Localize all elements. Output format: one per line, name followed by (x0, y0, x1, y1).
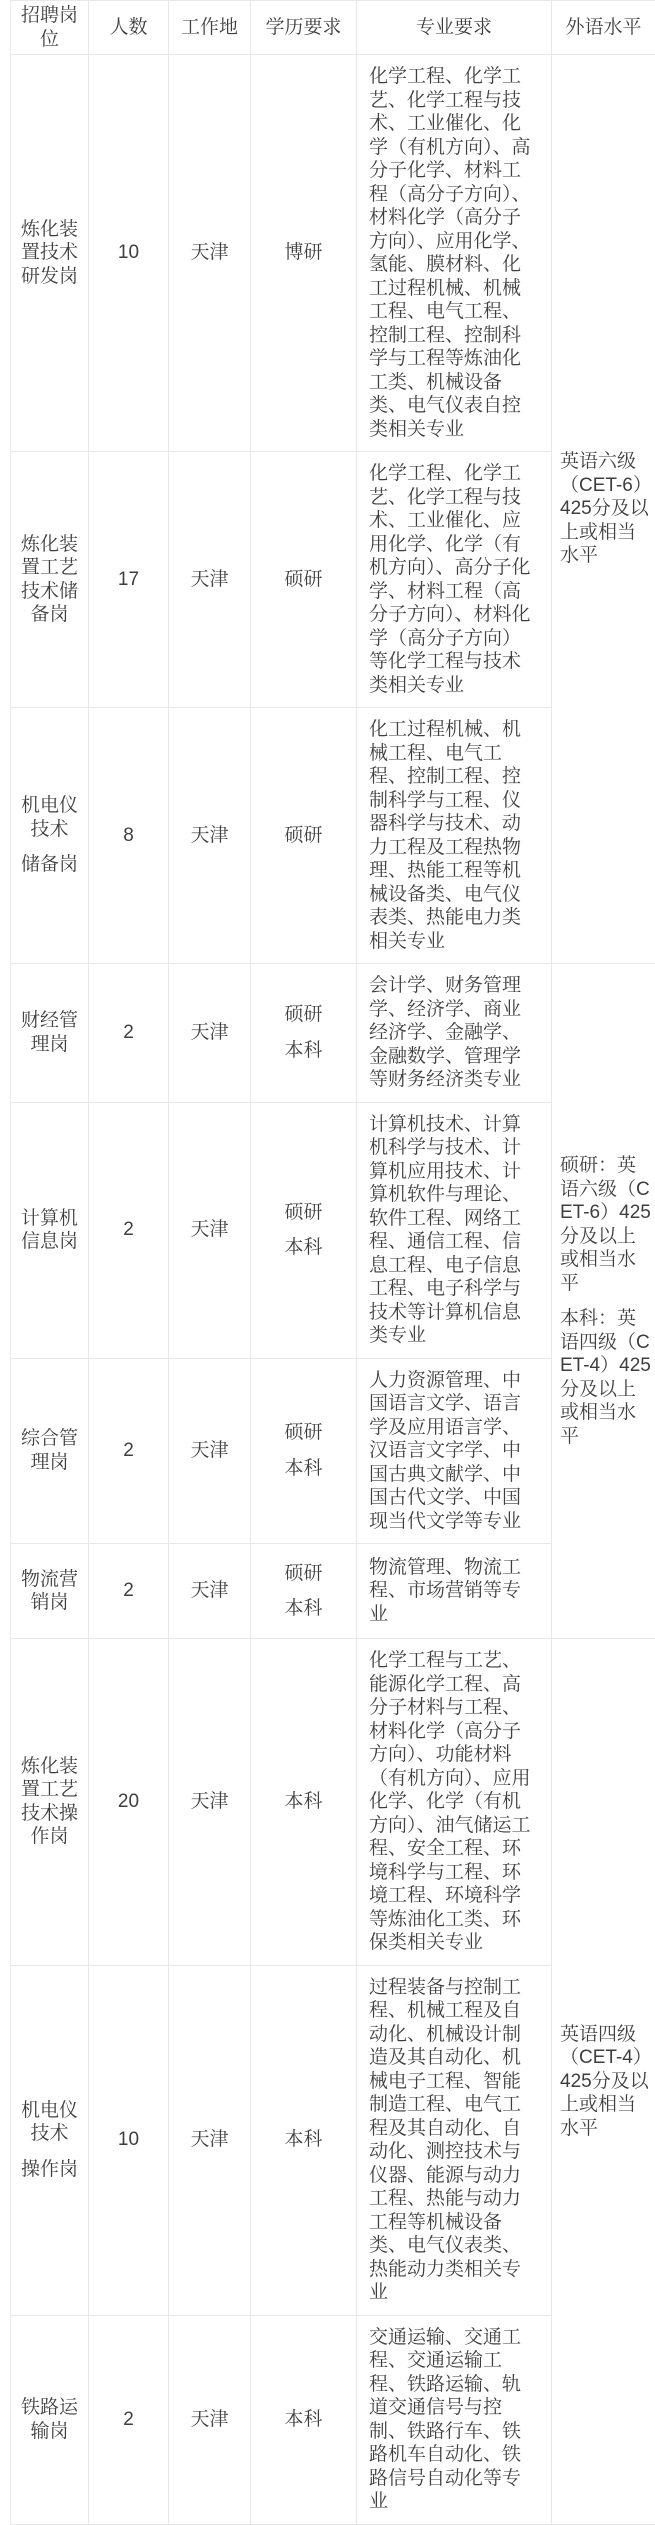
education-label: 硕研 (252, 824, 355, 848)
count-cell: 2 (89, 1358, 169, 1544)
location-cell: 天津 (169, 964, 251, 1103)
position-cell: 炼化装置工艺技术操作岗 (11, 1639, 89, 1966)
position-label: 物流营销岗 (17, 1568, 82, 1615)
table-row: 炼化装置工艺技术操作岗 20 天津 本科 化学工程与工艺、能源化学工程、高分子材… (11, 1639, 655, 1966)
major-cell: 人力资源管理、中国语言文学、语言学及应用语言学、汉语言文字学、中国古典文献学、中… (357, 1358, 552, 1544)
major-cell: 化学工程、化学工艺、化学工程与技术、工业催化、化学（有机方向）、高分子化学、材料… (357, 55, 552, 452)
header-position: 招聘岗位 (11, 1, 89, 55)
count-cell: 2 (89, 2315, 169, 2524)
position-cell: 机电仪技术 储备岗 (11, 708, 89, 964)
position-label: 炼化装置工艺技术储备岗 (17, 533, 82, 627)
count-cell: 10 (89, 1965, 169, 2315)
major-cell: 交通运输、交通工程、交通运输工程、铁路运输、轨道交通信号与控制、铁路行车、铁路机… (357, 2315, 552, 2524)
education-label: 硕研 (252, 568, 355, 592)
language-cell-group2: 硕研：英语六级（CET-6）425分及以上或相当水平 本科：英语四级（CET-4… (552, 964, 655, 1639)
position-cell: 财经管理岗 (11, 964, 89, 1103)
education-label: 博研 (252, 241, 355, 265)
education-cell: 博研 (251, 55, 357, 452)
position-label: 炼化装置工艺技术操作岗 (17, 1755, 82, 1849)
education-label: 本科 (252, 1236, 355, 1260)
header-location: 工作地 (169, 1, 251, 55)
language-cell-group3: 英语四级（CET-4）425分及以上或相当水平 (552, 1639, 655, 2525)
position-label: 操作岗 (17, 2158, 82, 2182)
education-cell: 硕研 本科 (251, 1358, 357, 1544)
major-cell: 物流管理、物流工程、市场营销等专业 (357, 1544, 552, 1639)
location-cell: 天津 (169, 1544, 251, 1639)
position-cell: 铁路运输岗 (11, 2315, 89, 2524)
education-label: 本科 (252, 1039, 355, 1063)
recruitment-table: 招聘岗位 人数 工作地 学历要求 专业要求 外语水平 炼化装置技术研发岗 10 … (10, 0, 655, 2525)
location-cell: 天津 (169, 55, 251, 452)
language-requirement: 英语四级（CET-4）425分及以上或相当水平 (560, 2023, 653, 2141)
recruitment-page: 招聘岗位 人数 工作地 学历要求 专业要求 外语水平 炼化装置技术研发岗 10 … (0, 0, 655, 2525)
position-cell: 计算机信息岗 (11, 1102, 89, 1358)
location-cell: 天津 (169, 708, 251, 964)
location-cell: 天津 (169, 1965, 251, 2315)
education-label: 本科 (252, 1457, 355, 1481)
education-cell: 硕研 (251, 452, 357, 708)
count-cell: 2 (89, 1102, 169, 1358)
position-cell: 综合管理岗 (11, 1358, 89, 1544)
count-cell: 2 (89, 1544, 169, 1639)
position-label: 铁路运输岗 (17, 2396, 82, 2443)
education-label: 本科 (252, 1790, 355, 1814)
header-row: 招聘岗位 人数 工作地 学历要求 专业要求 外语水平 (11, 1, 655, 55)
education-label: 本科 (252, 2128, 355, 2152)
header-education: 学历要求 (251, 1, 357, 55)
education-cell: 本科 (251, 1639, 357, 1966)
major-cell: 会计学、财务管理学、经济学、商业经济学、金融学、金融数学、管理学等财务经济类专业 (357, 964, 552, 1103)
education-label: 硕研 (252, 1003, 355, 1027)
major-cell: 化学工程、化学工艺、化学工程与技术、工业催化、应用化学、化学（有机方向）、高分子… (357, 452, 552, 708)
position-cell: 物流营销岗 (11, 1544, 89, 1639)
location-cell: 天津 (169, 1639, 251, 1966)
language-requirement: 本科：英语四级（CET-4）425分及以上或相当水平 (560, 1307, 653, 1448)
table-row: 炼化装置技术研发岗 10 天津 博研 化学工程、化学工艺、化学工程与技术、工业催… (11, 55, 655, 452)
location-cell: 天津 (169, 1358, 251, 1544)
education-cell: 本科 (251, 1965, 357, 2315)
table-row: 财经管理岗 2 天津 硕研 本科 会计学、财务管理学、经济学、商业经济学、金融学… (11, 964, 655, 1103)
position-cell: 机电仪技术 操作岗 (11, 1965, 89, 2315)
position-label: 机电仪技术 (17, 794, 82, 841)
count-cell: 10 (89, 55, 169, 452)
position-label: 储备岗 (17, 853, 82, 877)
position-cell: 炼化装置技术研发岗 (11, 55, 89, 452)
header-major: 专业要求 (357, 1, 552, 55)
position-label: 炼化装置技术研发岗 (17, 218, 82, 289)
education-label: 硕研 (252, 1562, 355, 1586)
count-cell: 2 (89, 964, 169, 1103)
position-label: 财经管理岗 (17, 1009, 82, 1056)
header-count: 人数 (89, 1, 169, 55)
education-cell: 硕研 本科 (251, 1544, 357, 1639)
count-cell: 17 (89, 452, 169, 708)
education-cell: 硕研 (251, 708, 357, 964)
education-label: 本科 (252, 1597, 355, 1621)
education-cell: 硕研 本科 (251, 1102, 357, 1358)
header-language: 外语水平 (552, 1, 655, 55)
education-cell: 本科 (251, 2315, 357, 2524)
major-cell: 过程装备与控制工程、机械工程及自动化、机械设计制造及其自动化、机械电子工程、智能… (357, 1965, 552, 2315)
language-cell-group1: 英语六级（CET-6）425分及以上或相当水平 (552, 55, 655, 964)
count-cell: 8 (89, 708, 169, 964)
education-label: 硕研 (252, 1421, 355, 1445)
language-requirement: 硕研：英语六级（CET-6）425分及以上或相当水平 (560, 1154, 653, 1295)
education-cell: 硕研 本科 (251, 964, 357, 1103)
major-cell: 化工过程机械、机械工程、电气工程、控制工程、控制科学与工程、仪器科学与技术、动力… (357, 708, 552, 964)
education-label: 本科 (252, 2408, 355, 2432)
position-cell: 炼化装置工艺技术储备岗 (11, 452, 89, 708)
position-label: 综合管理岗 (17, 1427, 82, 1474)
education-label: 硕研 (252, 1201, 355, 1225)
location-cell: 天津 (169, 452, 251, 708)
position-label: 机电仪技术 (17, 2099, 82, 2146)
major-cell: 化学工程与工艺、能源化学工程、高分子材料与工程、材料化学（高分子方向）、功能材料… (357, 1639, 552, 1966)
language-requirement: 英语六级（CET-6）425分及以上或相当水平 (560, 450, 653, 568)
major-cell: 计算机技术、计算机科学与技术、计算机应用技术、计算机软件与理论、软件工程、网络工… (357, 1102, 552, 1358)
position-label: 计算机信息岗 (17, 1207, 82, 1254)
location-cell: 天津 (169, 1102, 251, 1358)
location-cell: 天津 (169, 2315, 251, 2524)
count-cell: 20 (89, 1639, 169, 1966)
